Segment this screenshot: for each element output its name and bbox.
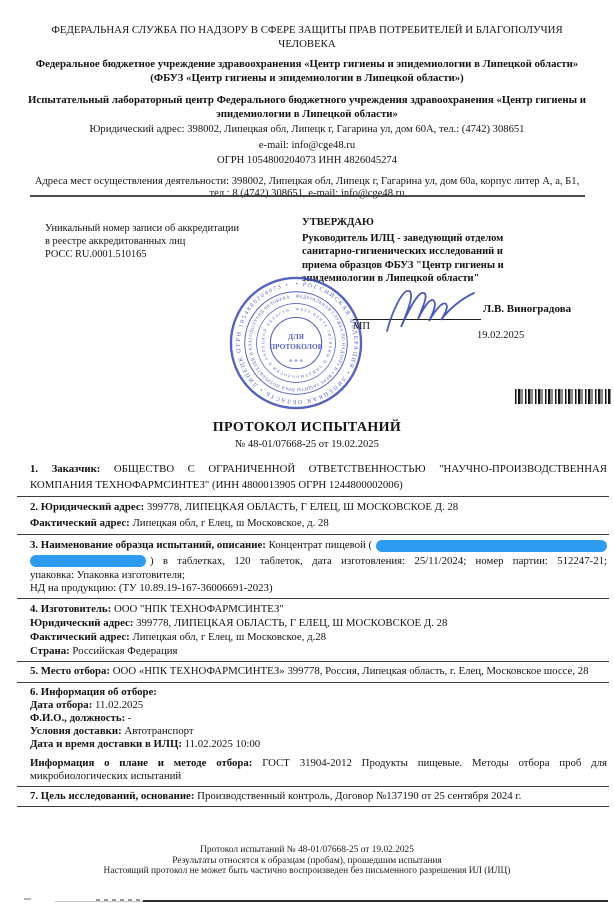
bottom-cutoff-faint (55, 901, 143, 902)
section6-date-value: 11.02.2025 (95, 699, 143, 711)
laboratory-center-name: Испытательный лабораторный центр Федерал… (28, 94, 586, 121)
section4-label: 4. Изготовитель: (30, 603, 111, 615)
organization-name: Федеральное бюджетное учреждение здравоо… (28, 58, 586, 85)
section7-label: 7. Цель исследований, основание: (30, 790, 194, 802)
approval-title: УТВЕРЖДАЮ (302, 216, 594, 230)
stamp-center-line1: ДЛЯ (288, 332, 305, 341)
title-block: ПРОТОКОЛ ИСПЫТАНИЙ № 48-01/07668-25 от 1… (0, 420, 614, 450)
section-sampling-place: 5. Место отбора: ООО «НПК ТЕХНОФАРМСИНТЕ… (17, 662, 609, 682)
section-customer: 1. Заказчик: ОБЩЕСТВО С ОГРАНИЧЕННОЙ ОТВ… (17, 459, 609, 497)
section4-fact-label: Фактический адрес: (30, 631, 130, 643)
document-header: ФЕДЕРАЛЬНАЯ СЛУЖБА ПО НАДЗОРУ В СФЕРЕ ЗА… (28, 24, 586, 201)
federal-service-name: ФЕДЕРАЛЬНАЯ СЛУЖБА ПО НАДЗОРУ В СФЕРЕ ЗА… (28, 24, 586, 51)
email-line: e-mail: info@cge48.ru (28, 140, 586, 153)
section6-fio-value: - (128, 712, 132, 724)
accreditation-block: Уникальный номер записи об аккредитации … (45, 222, 285, 261)
footer-results-note: Результаты относятся к образцам (пробам)… (0, 856, 614, 867)
section2-fact-value: Липецкая обл, г Елец, ш Московское, д. 2… (132, 517, 328, 529)
section-purpose: 7. Цель исследований, основание: Произво… (17, 787, 609, 807)
section-manufacturer: 4. Изготовитель: ООО "НПК ТЕХНОФАРМСИНТЕ… (17, 599, 609, 662)
section1-value: ОБЩЕСТВО С ОГРАНИЧЕННОЙ ОТВЕТСТВЕННОСТЬЮ… (30, 463, 607, 491)
accreditation-number: РОСС RU.0001.510165 (45, 248, 285, 261)
section7-value: Производственный контроль, Договор №1371… (197, 790, 521, 802)
approval-line3: приема образцов ФБУЗ "Центр гигиены и (302, 259, 594, 273)
section5-label: 5. Место отбора: (30, 665, 110, 677)
section6-arrival-value: 11.02.2025 10:00 (185, 738, 260, 750)
document-body: 1. Заказчик: ОБЩЕСТВО С ОГРАНИЧЕННОЙ ОТВ… (17, 459, 609, 807)
section3-nd: НД на продукцию: (ТУ 10.89.19-167-360066… (30, 582, 607, 595)
stamp-center-line2: ПРОТОКОЛОВ (269, 342, 322, 351)
section-legal-address: 2. Юридический адрес: 399778, ЛИПЕЦКАЯ О… (17, 497, 609, 535)
section6-delivery-value: Автотранспорт (124, 725, 193, 737)
section2-value: 399778, ЛИПЕЦКАЯ ОБЛАСТЬ, Г ЕЛЕЦ, Ш МОСК… (147, 501, 458, 513)
section-sampling-info: 6. Информация об отборе: Дата отбора: 11… (17, 683, 609, 787)
footer-copy-note: Настоящий протокол не может быть частичн… (0, 866, 614, 877)
section4-country-value: Российская Федерация (72, 645, 177, 657)
approval-date: 19.02.2025 (477, 330, 524, 341)
footer-protocol-ref: Протокол испытаний № 48-01/07668-25 от 1… (0, 845, 614, 856)
ogrn-inn-line: ОГРН 1054800204073 ИНН 4826045274 (28, 155, 586, 168)
legal-address: Юридический адрес: 398002, Липецкая обл,… (28, 124, 586, 137)
redaction-bar-2 (30, 555, 146, 567)
accreditation-line2: в реестре аккредитованных лиц (45, 235, 285, 248)
redaction-bar-1 (376, 540, 607, 552)
section3-packaging: упаковка: Упаковка изготовителя; (30, 569, 607, 582)
section6-date-label: Дата отбора: (30, 699, 92, 711)
document-number: № 48-01/07668-25 от 19.02.2025 (0, 439, 614, 450)
section4-legal-label: Юридический адрес: (30, 617, 133, 629)
header-divider (30, 195, 585, 197)
section2-label: 2. Юридический адрес: (30, 501, 144, 513)
section6-plan-label: Информация о плане и методе отбора: (30, 757, 252, 769)
section-sample: 3. Наименование образца испытаний, описа… (17, 535, 609, 599)
section3-label: 3. Наименование образца испытаний, описа… (30, 539, 266, 551)
bottom-cutoff-line (143, 900, 608, 902)
approval-line2: санитарно-гигиенических исследований и (302, 245, 594, 259)
section6-arrival-label: Дата и время доставки в ИЛЦ: (30, 738, 182, 750)
section4-value: ООО "НПК ТЕХНОФАРМСИНТЕЗ" (114, 603, 284, 615)
bottom-cutoff-dashes (96, 899, 142, 901)
barcode (515, 389, 611, 404)
section4-legal-value: 399778, ЛИПЕЦКАЯ ОБЛАСТЬ, Г ЕЛЕЦ, Ш МОСК… (136, 617, 447, 629)
bottom-speck (24, 898, 31, 900)
section4-country-label: Страна: (30, 645, 70, 657)
section3-value-cont: ) в таблетках, 120 таблеток, дата изгото… (150, 555, 607, 567)
section2-fact-label: Фактический адрес: (30, 517, 130, 529)
section6-fio-label: Ф.И.О., должность: (30, 712, 125, 724)
protocol-document-page: ФЕДЕРАЛЬНАЯ СЛУЖБА ПО НАДЗОРУ В СФЕРЕ ЗА… (0, 0, 614, 907)
stamp-stars: ✳ ✳ ✳ (289, 359, 304, 365)
document-title: ПРОТОКОЛ ИСПЫТАНИЙ (0, 420, 614, 436)
approval-line1: Руководитель ИЛЦ - заведующий отделом (302, 232, 594, 246)
section6-label: 6. Информация об отборе: (30, 686, 607, 699)
accreditation-line1: Уникальный номер записи об аккредитации (45, 222, 285, 235)
section4-fact-value: Липецкая обл, г Елец, ш Московское, д.28 (132, 631, 326, 643)
mp-seal-label: МП (353, 321, 370, 332)
document-footer: Протокол испытаний № 48-01/07668-25 от 1… (0, 845, 614, 877)
round-stamp-icon: • РОССИЙСКАЯ ФЕДЕРАЦИЯ • ЛИПЕЦКАЯ ОБЛАСТ… (227, 274, 365, 412)
section5-value: ООО «НПК ТЕХНОФАРМСИНТЕЗ» 399778, Россия… (113, 665, 589, 677)
section3-value-start: Концентрат пищевой ( (269, 539, 373, 551)
section6-delivery-label: Условия доставки: (30, 725, 122, 737)
signature-scribble (383, 283, 478, 335)
section1-label: 1. Заказчик: (30, 463, 100, 475)
signer-name: Л.В. Виноградова (483, 303, 571, 315)
